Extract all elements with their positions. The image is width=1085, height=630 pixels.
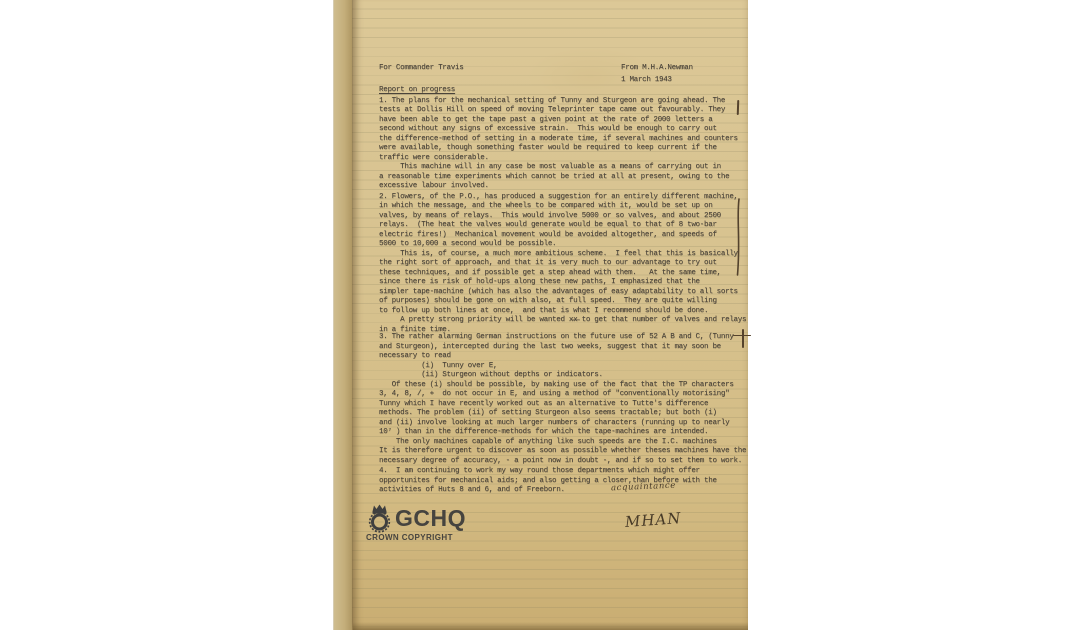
- paragraph-2: 2. Flowers, of the P.O., has produced a …: [379, 193, 746, 336]
- screenshot-stage: For Commander Travis From M.H.A.Newman 1…: [0, 0, 1085, 630]
- margin-mark-paragraph3-vertical: [742, 329, 744, 348]
- crown-copyright-text: CROWN COPYRIGHT: [366, 533, 466, 542]
- underlying-page-edge: [333, 0, 353, 630]
- document-page: For Commander Travis From M.H.A.Newman 1…: [352, 0, 748, 630]
- paragraph-1: 1. The plans for the mechanical setting …: [379, 97, 738, 192]
- margin-mark-paragraph3-horizontal: [733, 335, 751, 337]
- paragraph-3: 3. The rather alarming German instructio…: [379, 333, 746, 466]
- gchq-logo-text: GCHQ: [395, 505, 466, 531]
- crown-roundel-icon: [366, 502, 393, 533]
- date-line: 1 March 1943: [621, 76, 672, 86]
- signature: MHAN: [624, 509, 682, 531]
- report-title: Report on progress: [379, 86, 455, 96]
- margin-mark-paragraph2: [734, 197, 743, 277]
- recipient-line: For Commander Travis: [379, 64, 463, 74]
- gchq-watermark: GCHQ CROWN COPYRIGHT: [366, 502, 466, 542]
- margin-mark-paragraph1: [737, 100, 739, 115]
- sender-line: From M.H.A.Newman: [621, 64, 693, 74]
